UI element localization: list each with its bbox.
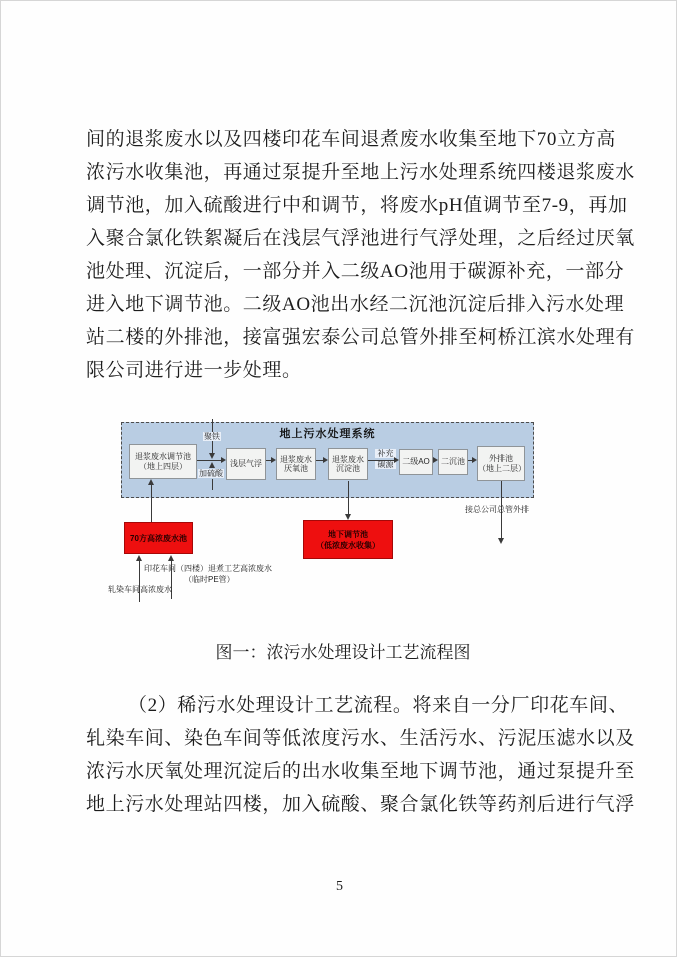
- red-box-collect-tank-label: 70方高浓废水池: [130, 533, 187, 544]
- box-secondary-sedimentation-label: 二沉池: [441, 457, 465, 467]
- red-box-collect-tank: 70方高浓废水池: [124, 522, 193, 554]
- box-secondary-sedimentation: 二沉池: [438, 449, 468, 475]
- flow-arrow-right-icon: [433, 457, 438, 463]
- flow-arrow-right-icon: [271, 457, 276, 463]
- flow-line: [368, 460, 395, 461]
- document-page: 间的退浆废水以及四楼印花车间退煮废水收集至地下70立方高 浓污水收集池，再通过泵…: [0, 0, 677, 957]
- box-flotation: 浅层气浮: [226, 448, 266, 480]
- paragraph-2-line: 地上污水处理站四楼，加入硫酸、聚合氯化铁等药剂后进行气浮: [86, 788, 600, 821]
- box-adjust-tank: 退浆废水调节池 （地上四层）: [129, 444, 197, 479]
- box-discharge-tank: 外排池 （地上二层）: [477, 446, 525, 481]
- flow-line: [348, 481, 349, 515]
- flow-arrow-right-icon: [394, 457, 399, 463]
- flow-line: [139, 561, 140, 602]
- dosing-arrow-down-icon: [209, 453, 215, 459]
- box-discharge-line1: 外排池: [489, 454, 513, 464]
- box-discharge-line2: （地上二层）: [478, 464, 524, 474]
- flow-line: [197, 460, 221, 461]
- label-sulfuric-acid: 加硫酸: [198, 469, 224, 478]
- flow-arrow-right-icon: [472, 457, 477, 463]
- figure-caption: 图一：浓污水处理设计工艺流程图: [86, 642, 600, 664]
- box-anaerobic-line1: 退浆废水: [280, 455, 312, 465]
- label-outfall: 接总公司总管外排: [465, 505, 529, 515]
- box-anaerobic: 退浆废水 厌氧池: [276, 448, 316, 480]
- box-sedimentation-line2: 沉淀池: [336, 464, 360, 474]
- dosing-line-sulfuric: [212, 479, 213, 490]
- box-adjust-tank-line2: （地上四层）: [139, 462, 187, 472]
- box-adjust-tank-line1: 退浆废水调节池: [135, 452, 191, 462]
- flow-arrow-right-icon: [221, 457, 226, 463]
- label-carbon-line1: 补充: [375, 449, 396, 458]
- red-box-underground-line2: （低浓废水收集）: [316, 540, 380, 551]
- box-anaerobic-line2: 厌氧池: [284, 464, 308, 474]
- label-printing-source: 印花车间（四楼）退煮工艺高浓废水: [144, 564, 272, 574]
- flow-arrow-down-icon: [498, 538, 504, 544]
- box-secondary-ao-label: 二级AO: [402, 457, 430, 467]
- flow-line: [151, 485, 152, 522]
- paragraph-2: （2）稀污水处理设计工艺流程。将来自一分厂印花车间、 轧染车间、染色车间等低浓度…: [86, 689, 600, 821]
- label-rolling-source: 轧染车间高浓废水: [108, 585, 172, 595]
- box-flotation-label: 浅层气浮: [230, 459, 262, 469]
- diagram-system-title: 地上污水处理系统: [121, 425, 534, 441]
- page-number: 5: [1, 879, 677, 895]
- paragraph-2-line: 浓污水厌氧处理沉淀后的出水收集至地下调节池，通过泵提升至: [86, 755, 600, 788]
- dosing-arrow-up-icon: [209, 462, 215, 468]
- label-printing-source-2: （临时PE管）: [184, 575, 235, 585]
- box-sedimentation-line1: 退浆废水: [332, 455, 364, 465]
- paragraph-2-line: （2）稀污水处理设计工艺流程。将来自一分厂印花车间、: [86, 689, 600, 722]
- red-box-underground-line1: 地下调节池: [328, 529, 368, 540]
- box-sedimentation: 退浆废水 沉淀池: [328, 448, 368, 480]
- label-poly-iron: 聚铁: [203, 432, 221, 441]
- red-box-underground-tank: 地下调节池 （低浓废水收集）: [303, 520, 393, 559]
- label-carbon-line2: 碳源: [375, 460, 396, 469]
- paragraph-2-line: 轧染车间、染色车间等低浓度污水、生活污水、污泥压滤水以及: [86, 722, 600, 755]
- box-secondary-ao: 二级AO: [399, 449, 433, 475]
- label-carbon-supplement: 补充 碳源: [375, 449, 396, 469]
- flow-arrow-right-icon: [323, 457, 328, 463]
